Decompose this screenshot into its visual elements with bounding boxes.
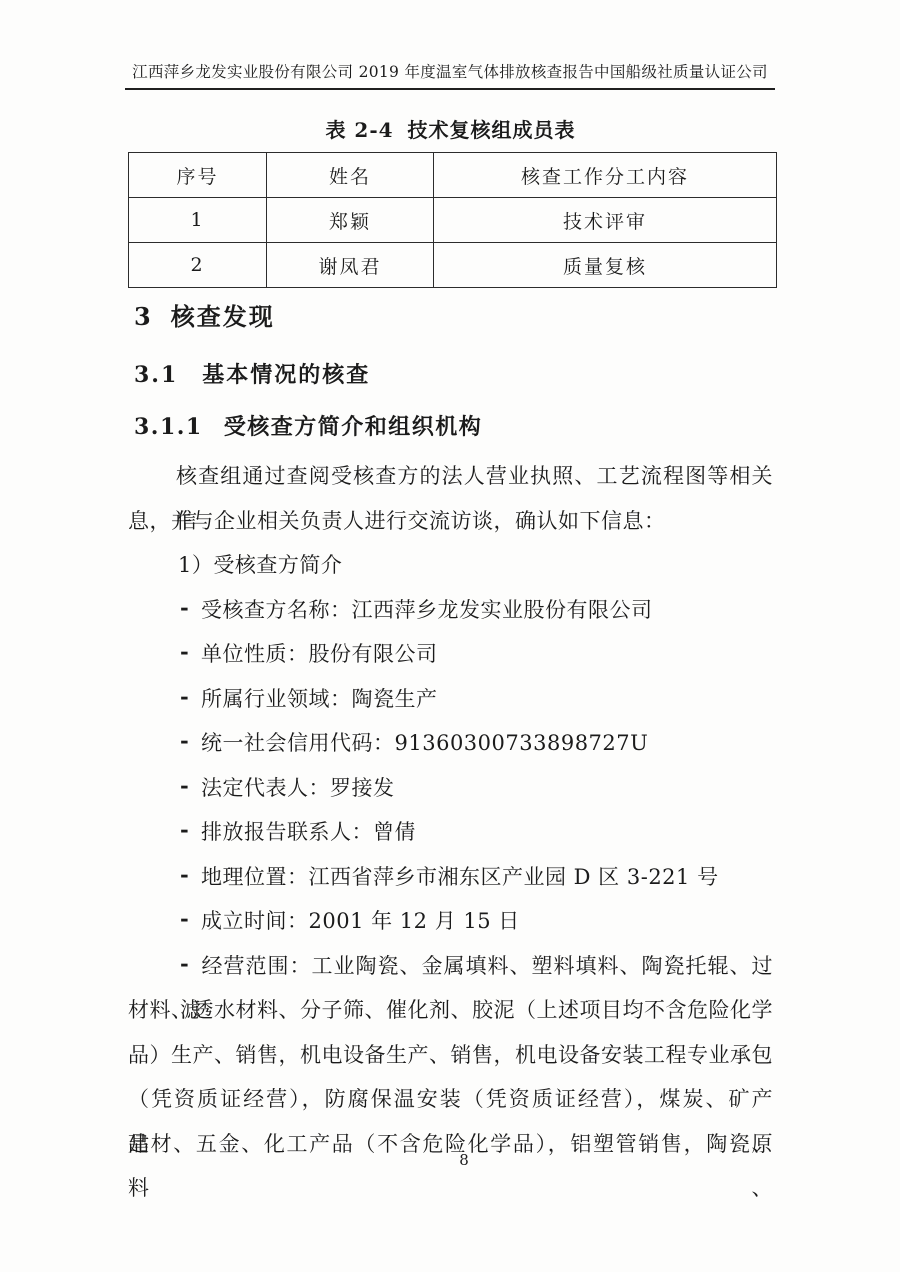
bullet-item: -地理位置：江西省萍乡市湘东区产业园 D 区 3-221 号 <box>128 855 773 900</box>
section-heading-3-1-1: 3.1.1受核查方简介和组织机构 <box>134 413 482 441</box>
dash-marker: - <box>180 719 201 764</box>
bullet-item: -经营范围：工业陶瓷、金属填料、塑料填料、陶瓷托辊、过滤 <box>128 944 773 989</box>
paragraph-line: 核查组通过查阅受核查方的法人营业执照、工艺流程图等相关信 <box>128 454 773 499</box>
dash-marker: - <box>180 808 201 853</box>
column-header-name: 姓名 <box>267 153 434 198</box>
section-heading-3-1: 3.1基本情况的核查 <box>134 361 370 389</box>
heading-number: 3 <box>134 302 153 331</box>
bullet-text: 法定代表人：罗接发 <box>201 776 395 800</box>
body-content: 核查组通过查阅受核查方的法人营业执照、工艺流程图等相关信 息，并与企业相关负责人… <box>128 454 773 1166</box>
table-caption-label: 表 2-4 <box>325 118 393 142</box>
bullet-item: -成立时间：2001 年 12 月 15 日 <box>128 899 773 944</box>
paragraph-line: 品）生产、销售，机电设备生产、销售，机电设备安装工程专业承包 <box>128 1033 773 1078</box>
paragraph-line: 息，并与企业相关负责人进行交流访谈，确认如下信息： <box>128 499 773 544</box>
heading-text: 核查发现 <box>171 302 275 331</box>
bullet-text: 单位性质：股份有限公司 <box>201 642 438 666</box>
heading-number: 3.1.1 <box>134 414 203 440</box>
table-row: 2 谢凤君 质量复核 <box>129 243 777 288</box>
bullet-item: -受核查方名称：江西萍乡龙发实业股份有限公司 <box>128 588 773 633</box>
paragraph-line: （凭资质证经营），防腐保温安装（凭资质证经营），煤炭、矿产品、 <box>128 1077 773 1122</box>
bullet-item: -所属行业领域：陶瓷生产 <box>128 677 773 722</box>
bullet-item: -统一社会信用代码：91360300733898727U <box>128 721 773 766</box>
cell-duty: 质量复核 <box>434 243 777 288</box>
dash-marker: - <box>180 853 201 898</box>
bullet-item: -单位性质：股份有限公司 <box>128 632 773 677</box>
bullet-text: 所属行业领域：陶瓷生产 <box>201 687 438 711</box>
members-table: 序号 姓名 核查工作分工内容 1 郑颖 技术评审 2 谢凤君 质量复核 <box>128 152 773 288</box>
numbered-item: 1）受核查方简介 <box>128 543 773 588</box>
bullet-text: 统一社会信用代码：91360300733898727U <box>201 731 648 755</box>
table-row: 1 郑颖 技术评审 <box>129 198 777 243</box>
page-number: 8 <box>128 1150 800 1170</box>
heading-number: 3.1 <box>134 362 178 388</box>
cell-duty: 技术评审 <box>434 198 777 243</box>
cell-no: 1 <box>129 198 267 243</box>
section-heading-3: 3核查发现 <box>134 302 275 332</box>
bullet-item: -排放报告联系人：曾倩 <box>128 810 773 855</box>
column-header-no: 序号 <box>129 153 267 198</box>
column-header-duty: 核查工作分工内容 <box>434 153 777 198</box>
dash-marker: - <box>180 942 201 987</box>
document-page: { "header": { "text": "江西萍乡龙发实业股份有限公司 20… <box>0 0 900 1272</box>
heading-text: 基本情况的核查 <box>202 362 370 388</box>
paragraph-line: 材料、透水材料、分子筛、催化剂、胶泥（上述项目均不含危险化学 <box>128 988 773 1033</box>
cell-name: 郑颖 <box>267 198 434 243</box>
cell-no: 2 <box>129 243 267 288</box>
dash-marker: - <box>180 586 201 631</box>
table-caption: 表 2-4技术复核组成员表 <box>128 118 773 142</box>
dash-marker: - <box>180 675 201 720</box>
cell-name: 谢凤君 <box>267 243 434 288</box>
bullet-text: 成立时间：2001 年 12 月 15 日 <box>201 909 520 933</box>
bullet-text: 排放报告联系人：曾倩 <box>201 820 416 844</box>
heading-text: 受核查方简介和组织机构 <box>224 414 483 440</box>
table-header-row: 序号 姓名 核查工作分工内容 <box>129 153 777 198</box>
dash-marker: - <box>180 630 201 675</box>
dash-marker: - <box>180 897 201 942</box>
table-caption-text: 技术复核组成员表 <box>408 118 576 142</box>
bullet-text: 地理位置：江西省萍乡市湘东区产业园 D 区 3-221 号 <box>201 865 719 889</box>
dash-marker: - <box>180 764 201 809</box>
bullet-text: 受核查方名称：江西萍乡龙发实业股份有限公司 <box>201 598 653 622</box>
bullet-item: -法定代表人：罗接发 <box>128 766 773 811</box>
page-header: 江西萍乡龙发实业股份有限公司 2019 年度温室气体排放核查报告中国船级社质量认… <box>125 62 775 90</box>
